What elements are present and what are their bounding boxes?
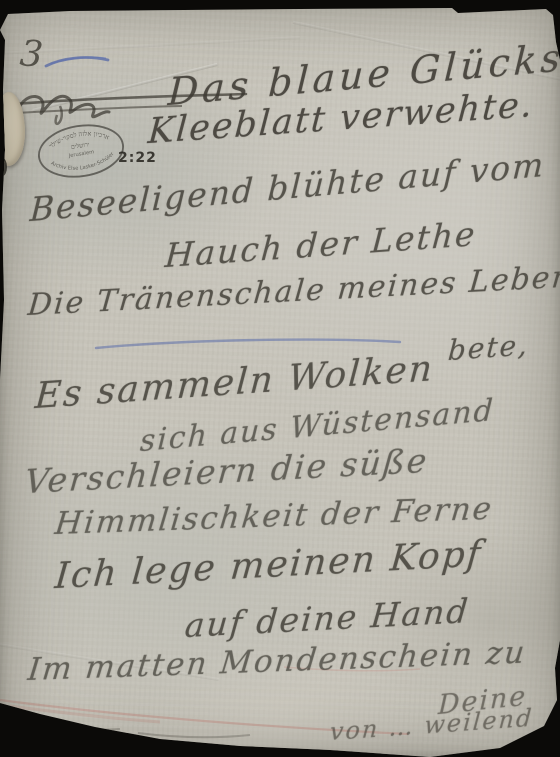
blue-underline-mark [96, 340, 400, 348]
paper-crease [0, 36, 300, 55]
archive-stamp: ארכיון אלזה לסקר-שילר ירושלים Jerusalem … [32, 115, 130, 186]
poem-line: Die Tränenschale meines Lebens [26, 258, 560, 323]
poem-line: von … weilend [329, 704, 534, 746]
struck-word-scribble [56, 106, 62, 124]
poem-line: Im matten Mondenschein zu [26, 635, 528, 689]
tear-notch [0, 158, 7, 176]
page-number: 3 [18, 33, 44, 76]
manuscript-paper: 3 Das blaue Glücks= Kleeblatt verwehte. … [0, 0, 560, 757]
blue-dash-mark [46, 58, 108, 66]
torn-paper-patch [0, 92, 25, 166]
faint-pencil-traces [28, 722, 250, 744]
catalog-mark: 2:22 [118, 150, 157, 166]
poem-line: Ich lege meinen Kopf [53, 533, 484, 597]
poem-line: bete, [447, 328, 530, 367]
blue-dash-mark [50, 57, 106, 64]
scanned-page: 3 Das blaue Glücks= Kleeblatt verwehte. … [0, 0, 560, 757]
poem-line: Himmlischkeit der Ferne [53, 491, 495, 542]
red-pencil-line [10, 706, 160, 722]
struck-word-scribble [18, 96, 109, 117]
